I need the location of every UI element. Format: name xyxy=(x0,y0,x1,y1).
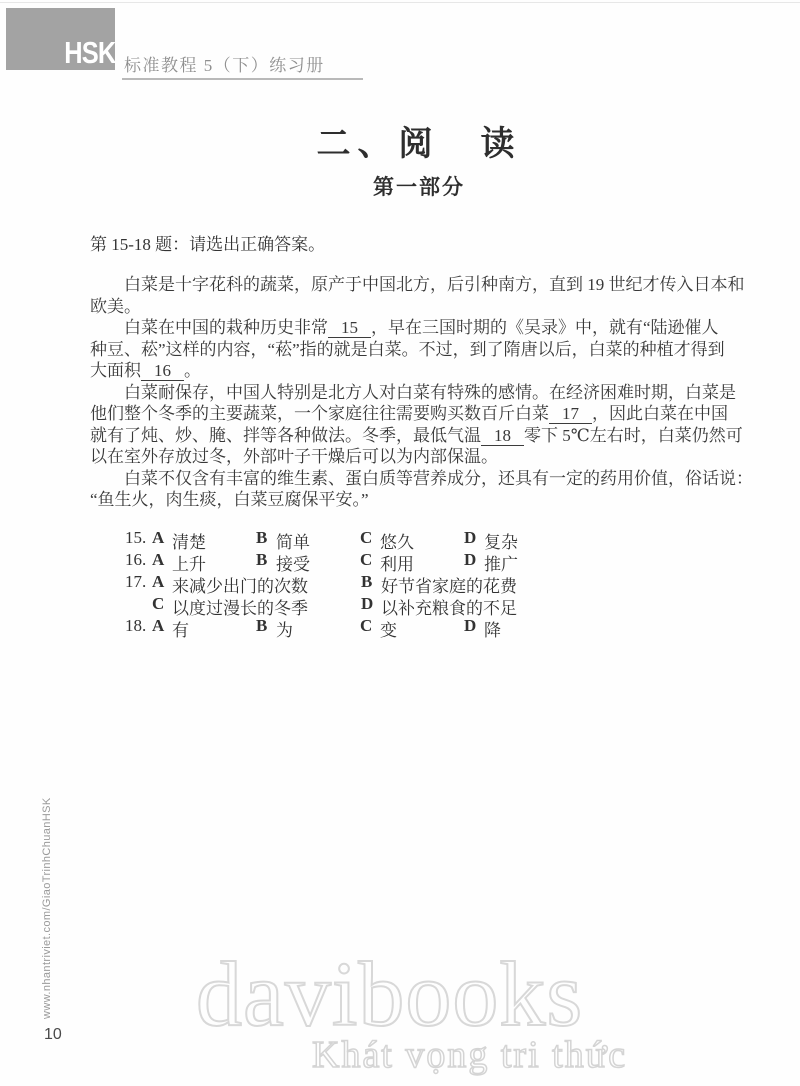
passage-text: 以在室外存放过冬，外部叶子干燥后可以为内部保温。 xyxy=(90,447,498,466)
hsk-logo-text: HSK xyxy=(64,36,115,70)
answer-option: A有 xyxy=(152,616,256,641)
passage-text: 白菜是十字花科的蔬菜，原产于中国北方，后引种南方，直到 19 世纪才传入日本和 xyxy=(124,275,745,294)
question-row: C以度过漫长的冬季D以补充粮食的不足 xyxy=(125,594,570,616)
section-title: 二、阅 读 xyxy=(90,116,748,165)
publisher-url-vertical: www.nhantriviet.com/GiaoTrinhChuanHSK xyxy=(41,797,53,1019)
passage-text: 。 xyxy=(184,361,201,380)
passage-line: 就有了炖、炒、腌、拌等各种做法。冬季，最低气温18零下 5℃左右时，白菜仍然可 xyxy=(90,425,753,447)
passage-line: “鱼生火，肉生痰，白菜豆腐保平安。” xyxy=(90,489,753,511)
passage-line: 他们整个冬季的主要蔬菜，一个家庭往往需要购买数百斤白菜17，因此白菜在中国 xyxy=(90,403,753,425)
passage-line: 种豆、菘”这样的内容，“菘”指的就是白菜。不过，到了隋唐以后，白菜的种植才得到 xyxy=(90,339,753,361)
scan-edge-line xyxy=(0,2,800,3)
passage-line: 大面积16。 xyxy=(90,360,753,382)
passage-line: 以在室外存放过冬，外部叶子干燥后可以为内部保温。 xyxy=(90,446,753,468)
option-label: C xyxy=(360,616,374,641)
option-label: A xyxy=(152,616,166,641)
passage-text: ，因此白菜在中国 xyxy=(592,404,728,423)
passage-text: “鱼生火，肉生痰，白菜豆腐保平安。” xyxy=(90,490,369,509)
fill-in-blank: 17 xyxy=(549,404,592,424)
passage-text: 大面积 xyxy=(90,361,141,380)
watermark-logo-text: davibooks xyxy=(196,948,583,1040)
passage-text: ，早在三国时期的《吴录》中，就有“陆逊催人 xyxy=(371,318,719,337)
passage-line: 欧美。 xyxy=(90,296,753,318)
question-row: 16.A上升B接受C利用D推广 xyxy=(125,550,570,572)
question-list: 15.A清楚B简单C悠久D复杂16.A上升B接受C利用D推广17.A来减少出门的… xyxy=(125,528,570,638)
question-number: 16. xyxy=(125,550,152,570)
answer-option: D降 xyxy=(464,616,568,641)
answer-option: B为 xyxy=(256,616,360,641)
question-row: 18.A有B为C变D降 xyxy=(125,616,570,638)
passage-line: 白菜在中国的栽种历史非常15，早在三国时期的《吴录》中，就有“陆逊催人 xyxy=(90,317,753,339)
answer-option: C变 xyxy=(360,616,464,641)
fill-in-blank: 18 xyxy=(481,426,524,446)
scanned-workbook-page: { "header": { "logo": "HSK", "booklet_ti… xyxy=(0,0,800,1086)
option-text: 为 xyxy=(276,616,293,641)
passage-text: 就有了炖、炒、腌、拌等各种做法。冬季，最低气温 xyxy=(90,426,481,445)
section-subtitle: 第一部分 xyxy=(90,171,748,201)
passage-text: 他们整个冬季的主要蔬菜，一个家庭往往需要购买数百斤白菜 xyxy=(90,404,549,423)
passage: 白菜是十字花科的蔬菜，原产于中国北方，后引种南方，直到 19 世纪才传入日本和欧… xyxy=(90,274,753,511)
passage-line: 白菜耐保存，中国人特别是北方人对白菜有特殊的感情。在经济困难时期，白菜是 xyxy=(90,382,753,404)
passage-text: 白菜不仅含有丰富的维生素、蛋白质等营养成分，还具有一定的药用价值，俗话说： xyxy=(124,469,753,488)
passage-text: 白菜耐保存，中国人特别是北方人对白菜有特殊的感情。在经济困难时期，白菜是 xyxy=(124,383,736,402)
passage-text: 欧美。 xyxy=(90,297,141,316)
watermark-slogan-text: Khát vọng tri thức xyxy=(312,1036,627,1074)
hsk-logo-block: HSK xyxy=(6,8,115,70)
passage-line: 白菜不仅含有丰富的维生素、蛋白质等营养成分，还具有一定的药用价值，俗话说： xyxy=(90,468,753,490)
option-text: 降 xyxy=(484,616,501,641)
passage-text: 种豆、菘”这样的内容，“菘”指的就是白菜。不过，到了隋唐以后，白菜的种植才得到 xyxy=(90,340,725,359)
question-number: 15. xyxy=(125,528,152,548)
question-row: 17.A来减少出门的次数B好节省家庭的花费 xyxy=(125,572,570,594)
option-label: D xyxy=(464,616,478,641)
booklet-title: 标准教程 5（下）练习册 xyxy=(124,51,325,76)
instruction-line: 第 15-18 题：请选出正确答案。 xyxy=(90,230,325,255)
passage-line: 白菜是十字花科的蔬菜，原产于中国北方，后引种南方，直到 19 世纪才传入日本和 xyxy=(90,274,753,296)
fill-in-blank: 16 xyxy=(141,361,184,381)
page-number: 10 xyxy=(44,1026,62,1044)
header-underline xyxy=(122,78,363,80)
passage-text: 零下 5℃左右时，白菜仍然可 xyxy=(524,426,743,445)
option-text: 有 xyxy=(172,616,189,641)
question-row: 15.A清楚B简单C悠久D复杂 xyxy=(125,528,570,550)
passage-text: 白菜在中国的栽种历史非常 xyxy=(124,318,328,337)
question-number: 17. xyxy=(125,572,152,592)
question-number: 18. xyxy=(125,616,152,636)
fill-in-blank: 15 xyxy=(328,318,371,338)
option-label: B xyxy=(256,616,270,641)
option-text: 变 xyxy=(380,616,397,641)
